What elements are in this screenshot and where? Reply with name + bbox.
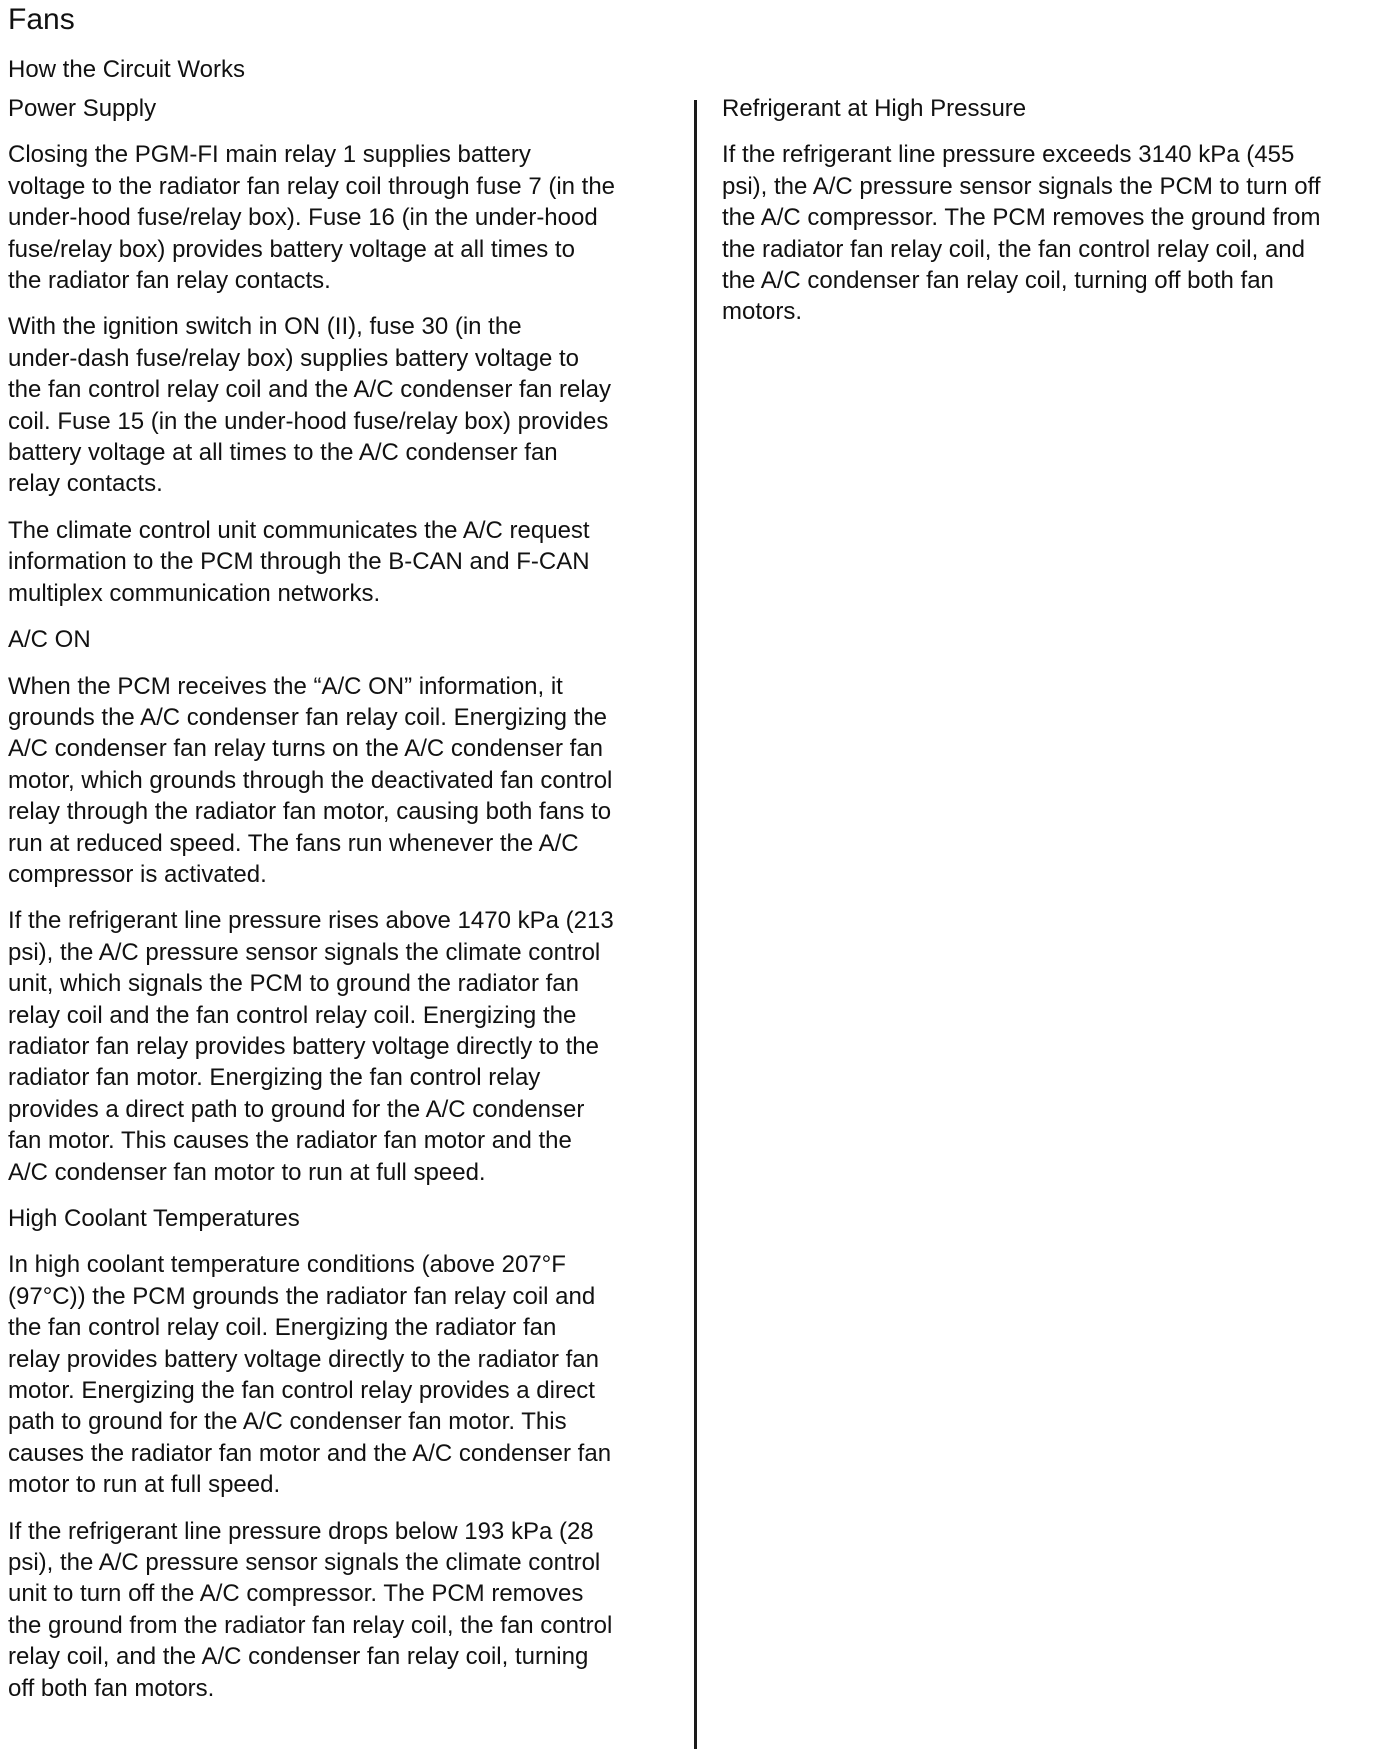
- paragraph-ac-on-1: When the PCM receives the “A/C ON” infor…: [8, 671, 678, 891]
- paragraph-high-coolant-1: In high coolant temperature conditions (…: [8, 1249, 678, 1500]
- paragraph-refrigerant-high-pressure: If the refrigerant line pressure exceeds…: [722, 139, 1390, 327]
- paragraph-power-supply-1: Closing the PGM-FI main relay 1 supplies…: [8, 139, 678, 296]
- paragraph-high-coolant-2: If the refrigerant line pressure drops b…: [8, 1516, 678, 1704]
- heading-power-supply: Power Supply: [8, 93, 678, 124]
- column-divider: [694, 100, 697, 1749]
- page-title: Fans: [8, 2, 75, 38]
- paragraph-ac-on-2: If the refrigerant line pressure rises a…: [8, 905, 678, 1188]
- right-column: Refrigerant at High Pressure If the refr…: [722, 93, 1390, 343]
- heading-ac-on: A/C ON: [8, 624, 678, 655]
- heading-high-coolant-temperatures: High Coolant Temperatures: [8, 1203, 678, 1234]
- paragraph-power-supply-3: The climate control unit communicates th…: [8, 515, 678, 609]
- left-column: Power Supply Closing the PGM-FI main rel…: [8, 93, 678, 1719]
- heading-refrigerant-high-pressure: Refrigerant at High Pressure: [722, 93, 1390, 124]
- paragraph-power-supply-2: With the ignition switch in ON (II), fus…: [8, 311, 678, 499]
- section-title: How the Circuit Works: [8, 55, 245, 85]
